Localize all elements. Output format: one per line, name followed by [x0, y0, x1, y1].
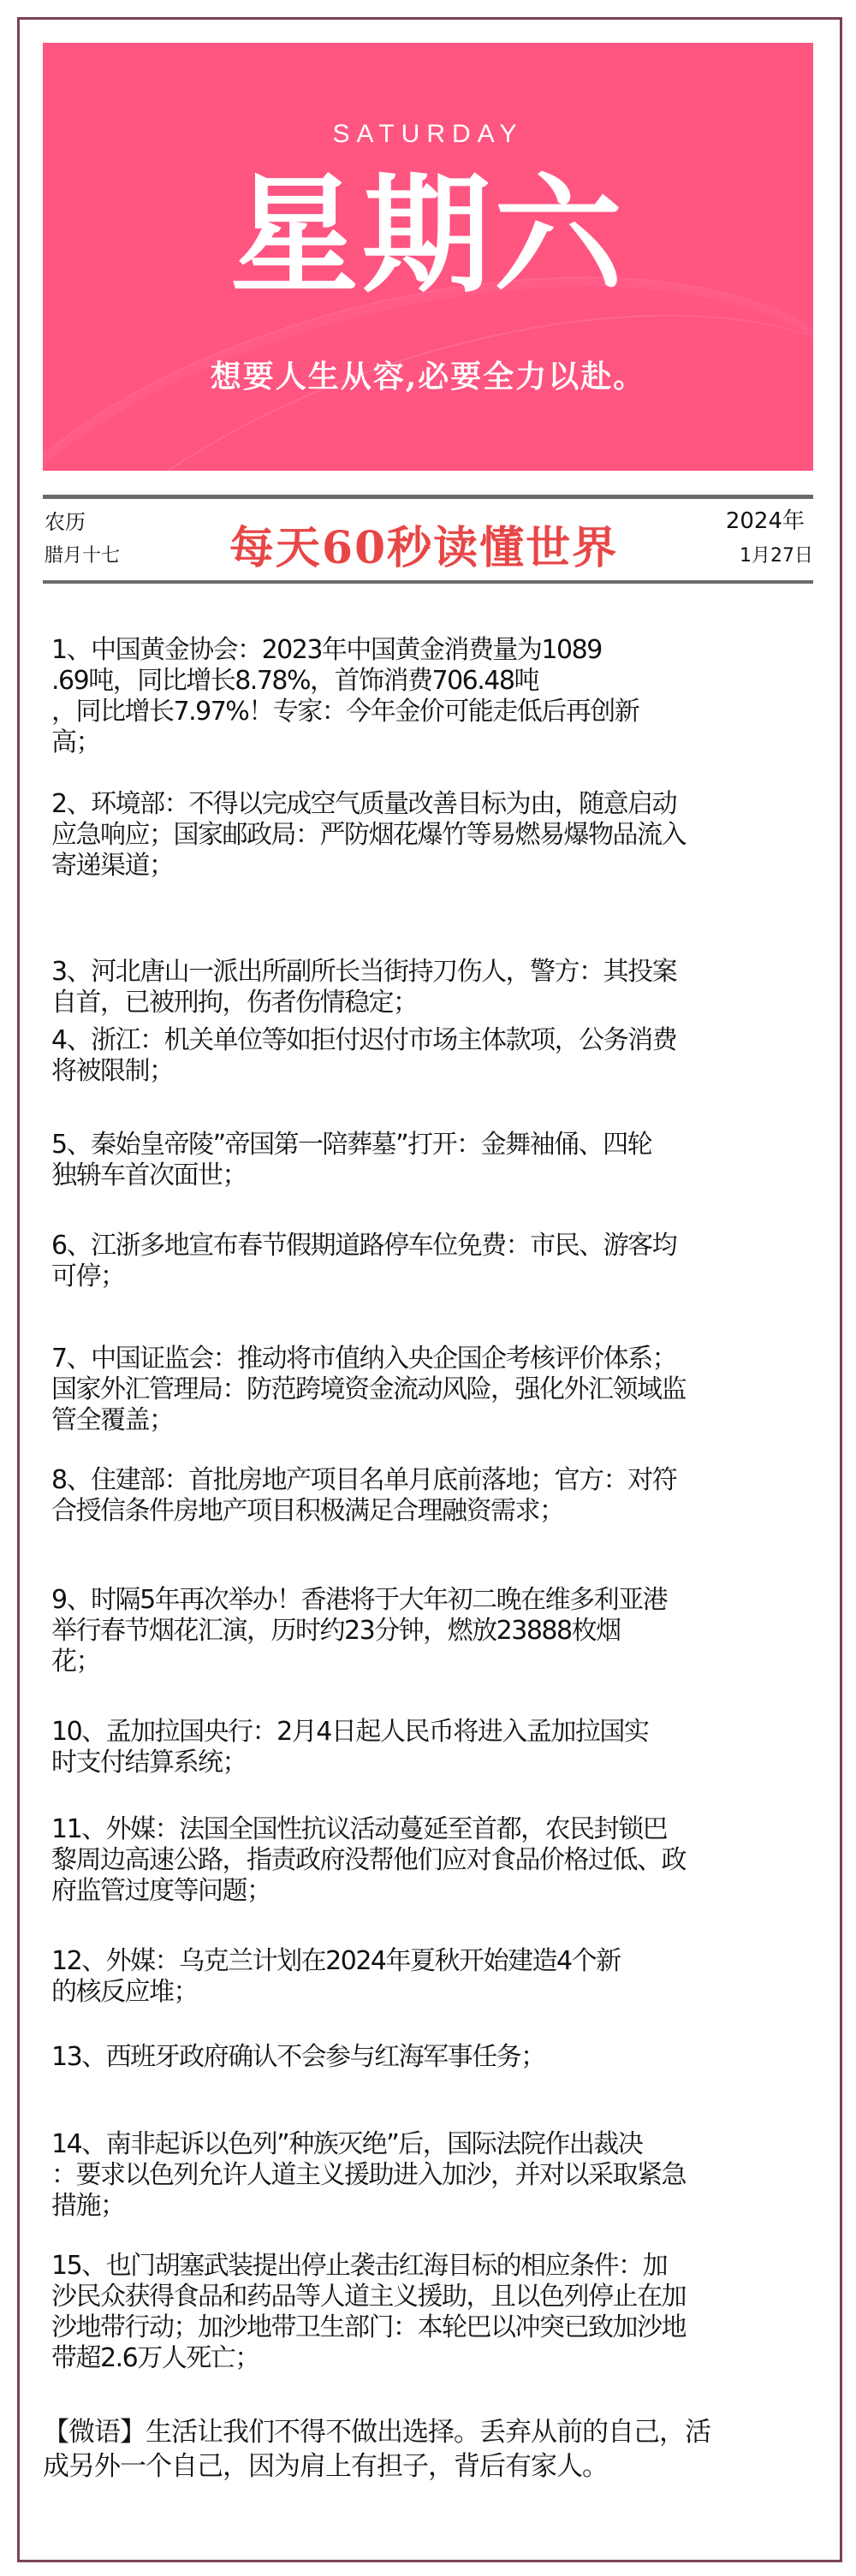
news-item: 7、中国证监会：推动将市值纳入央企国企考核评价体系； 国家外汇管理局：防范跨境资… — [51, 1344, 843, 1436]
banner: SATURDAY 星期六 想要人生从容,必要全力以赴。 — [43, 43, 813, 471]
banner-day-english: SATURDAY — [43, 120, 813, 149]
news-line: 9、时隔5年再次举办！香港将于大年初二晚在维多利亚港 — [51, 1585, 667, 1616]
news-item: 5、秦始皇帝陵”帝国第一陪葬墓”打开：金舞袖俑、四轮 独辀车首次面世； — [51, 1130, 843, 1191]
news-line: 12、外媒：乌克兰计划在2024年夏秋开始建造4个新 — [51, 1946, 621, 1977]
news-line: 的核反应堆； — [51, 1977, 198, 2008]
news-line: 高； — [51, 727, 100, 758]
news-item: 10、孟加拉国央行：2月4日起人民币将进入孟加拉国实 时支付结算系统； — [51, 1717, 843, 1778]
news-item: 6、江浙多地宣布春节假期道路停车位免费：市民、游客均 可停； — [51, 1231, 843, 1292]
news-item: 14、南非起诉以色列”种族灭绝”后，国际法院作出裁决 ：要求以色列允许人道主义援… — [51, 2129, 843, 2222]
news-item: 2、环境部：不得以完成空气质量改善目标为由，随意启动 应急响应；国家邮政局：严防… — [51, 789, 843, 881]
news-line: 3、河北唐山一派出所副所长当街持刀伤人，警方：其投案 — [51, 957, 676, 988]
news-line: 8、住建部：首批房地产项目名单月底前落地；官方：对符 — [51, 1465, 676, 1496]
news-line: 寄递渠道； — [51, 851, 174, 881]
quote-line: 成另外一个自己，因为肩上有担子，背后有家人。 — [43, 2449, 608, 2484]
news-line: 带超2.6万人死亡； — [51, 2343, 259, 2374]
daily-quote: 【微语】生活让我们不得不做出选择。丢弃从前的自己，活 成另外一个自己，因为肩上有… — [43, 2415, 843, 2484]
news-item: 15、也门胡塞武装提出停止袭击红海目标的相应条件：加 沙民众获得食品和药品等人道… — [51, 2251, 843, 2374]
banner-day-chinese: 星期六 — [43, 163, 813, 308]
news-line: 14、南非起诉以色列”种族灭绝”后，国际法院作出裁决 — [51, 2129, 642, 2160]
news-line: 管全覆盖； — [51, 1405, 174, 1436]
year-label: 2024年 — [726, 503, 805, 535]
news-line: 可停； — [51, 1261, 125, 1292]
news-item: 8、住建部：首批房地产项目名单月底前落地；官方：对符 合授信条件房地产项目积极满… — [51, 1465, 843, 1527]
news-line: 时支付结算系统； — [51, 1748, 247, 1778]
news-line: 将被限制； — [51, 1056, 174, 1087]
news-line: 6、江浙多地宣布春节假期道路停车位免费：市民、游客均 — [51, 1231, 676, 1261]
news-line: 沙地带行动；加沙地带卫生部门：本轮巴以冲突已致加沙地 — [51, 2312, 686, 2343]
news-line: 府监管过度等问题； — [51, 1876, 271, 1907]
news-item: 11、外媒：法国全国性抗议活动蔓延至首都，农民封锁巴 黎周边高速公路，指责政府没… — [51, 1814, 843, 1907]
lunar-label: 农历 — [45, 505, 86, 535]
header-rule-bottom — [43, 580, 813, 584]
news-line: 1、中国黄金协会：2023年中国黄金消费量为1089 — [51, 635, 602, 666]
header-rule-top — [43, 495, 813, 499]
quote-line: 【微语】生活让我们不得不做出选择。丢弃从前的自己，活 — [43, 2415, 710, 2449]
news-line: ，同比增长7.97%！专家：今年金价可能走低后再创新 — [51, 697, 639, 727]
masthead-title: 每天60秒读懂世界 — [214, 512, 633, 576]
news-line: 措施； — [51, 2191, 125, 2222]
banner-slogan: 想要人生从容,必要全力以赴。 — [43, 353, 813, 396]
news-item: 13、西班牙政府确认不会参与红海军事任务； — [51, 2042, 843, 2073]
news-line: .69吨，同比增长8.78%，首饰消费706.48吨 — [51, 666, 538, 697]
news-line: 自首，已被刑拘，伤者伤情稳定； — [51, 988, 418, 1018]
news-item: 9、时隔5年再次举办！香港将于大年初二晚在维多利亚港 举行春节烟花汇演，历时约2… — [51, 1585, 843, 1677]
news-line: 举行春节烟花汇演，历时约23分钟，燃放23888枚烟 — [51, 1616, 621, 1647]
news-line: 合授信条件房地产项目积极满足合理融资需求； — [51, 1496, 564, 1527]
news-line: 5、秦始皇帝陵”帝国第一陪葬墓”打开：金舞袖俑、四轮 — [51, 1130, 651, 1160]
news-line: 黎周边高速公路，指责政府没帮他们应对食品价格过低、政 — [51, 1845, 686, 1876]
news-item: 4、浙江：机关单位等如拒付迟付市场主体款项，公务消费 将被限制； — [51, 1025, 843, 1087]
date-label: 1月27日 — [740, 541, 813, 567]
news-item: 1、中国黄金协会：2023年中国黄金消费量为1089 .69吨，同比增长8.78… — [51, 635, 843, 758]
news-line: ：要求以色列允许人道主义援助进入加沙，并对以采取紧急 — [51, 2160, 686, 2191]
news-item: 3、河北唐山一派出所副所长当街持刀伤人，警方：其投案 自首，已被刑拘，伤者伤情稳… — [51, 957, 843, 1018]
news-line: 应急响应；国家邮政局：严防烟花爆竹等易燃易爆物品流入 — [51, 820, 686, 851]
news-line: 7、中国证监会：推动将市值纳入央企国企考核评价体系； — [51, 1344, 676, 1374]
news-line: 花； — [51, 1647, 100, 1677]
news-line: 沙民众获得食品和药品等人道主义援助，且以色列停止在加 — [51, 2282, 686, 2312]
news-line: 10、孟加拉国央行：2月4日起人民币将进入孟加拉国实 — [51, 1717, 648, 1748]
news-line: 13、西班牙政府确认不会参与红海军事任务； — [51, 2042, 545, 2073]
news-line: 2、环境部：不得以完成空气质量改善目标为由，随意启动 — [51, 789, 676, 820]
news-line: 11、外媒：法国全国性抗议活动蔓延至首都，农民封锁巴 — [51, 1814, 667, 1845]
lunar-date: 腊月十七 — [45, 541, 120, 567]
news-line: 独辀车首次面世； — [51, 1160, 247, 1191]
news-item: 12、外媒：乌克兰计划在2024年夏秋开始建造4个新 的核反应堆； — [51, 1946, 843, 2008]
news-line: 国家外汇管理局：防范跨境资金流动风险，强化外汇领域监 — [51, 1374, 686, 1405]
news-line: 4、浙江：机关单位等如拒付迟付市场主体款项，公务消费 — [51, 1025, 676, 1056]
news-line: 15、也门胡塞武装提出停止袭击红海目标的相应条件：加 — [51, 2251, 667, 2282]
